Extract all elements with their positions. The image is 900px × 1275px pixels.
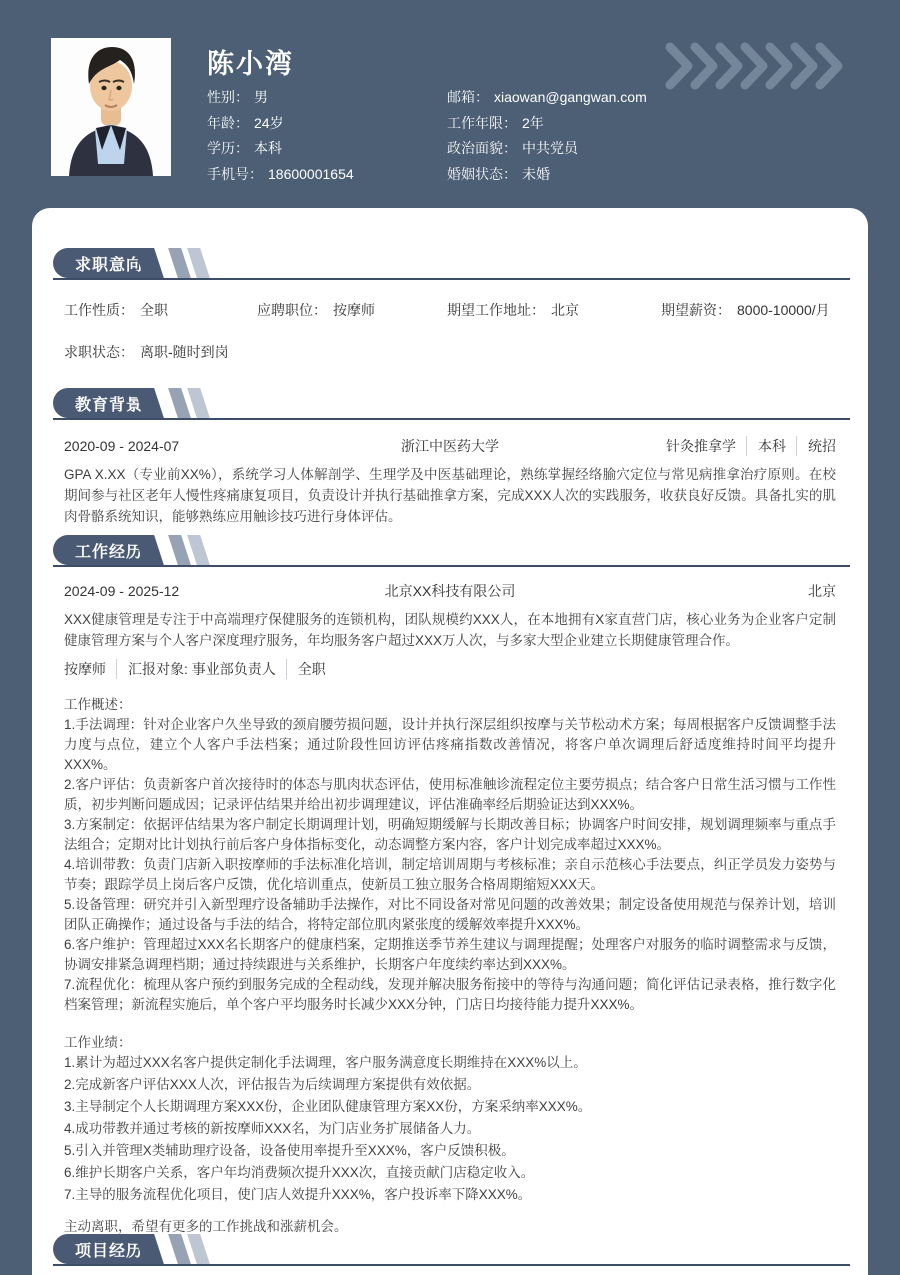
work-role-tag: 按摩师 <box>64 659 106 679</box>
work-role-tag: 全职 <box>286 659 326 679</box>
company-intro: XXX健康管理是专注于中高端理疗保健服务的连锁机构，团队规模约XXX人，在本地拥… <box>64 609 836 651</box>
section-title: 项目经历 <box>53 1234 147 1264</box>
work-period: 2024-09 - 2025-12 <box>64 583 294 599</box>
education-tags: 针灸推拿学本科统招 <box>606 436 836 456</box>
profile-field: 性别：男 <box>207 84 447 110</box>
profile-field: 政治面貌：中共党员 <box>447 135 767 161</box>
profile-field: 手机号：18600001654 <box>207 161 447 187</box>
section-title: 求职意向 <box>53 248 147 278</box>
work-achievement-item: 3.主导制定个人长期调理方案XXX份，企业团队健康管理方案XX份，方案采纳率XX… <box>64 1097 836 1117</box>
work-achievements-label: 工作业绩： <box>64 1033 836 1053</box>
job-intent-row1: 工作性质：全职应聘职位：按摩师期望工作地址：北京期望薪资：8000-10000/… <box>64 300 836 320</box>
education-tag: 本科 <box>746 436 786 456</box>
work-achievements: 1.累计为超过XXX名客户提供定制化手法调理，客户服务满意度长期维持在XXX%以… <box>64 1053 836 1205</box>
section-title: 教育背景 <box>53 388 147 418</box>
work-achievement-item: 5.引入并管理X类辅助理疗设备，设备使用率提升至XXX%，客户反馈积极。 <box>64 1141 836 1161</box>
work-achievement-item: 6.维护长期客户关系，客户年均消费频次提升XXX次，直接贡献门店稳定收入。 <box>64 1163 836 1183</box>
header-banner: 陈小湾 性别：男年龄：24岁学历：本科手机号：18600001654 邮箱：xi… <box>0 0 900 208</box>
job-intent-row2: 求职状态：离职-随时到岗 <box>64 342 836 362</box>
section-badge: 求职意向 <box>53 248 205 278</box>
work-achievement-item: 2.完成新客户评估XXX人次，评估报告为后续调理方案提供有效依据。 <box>64 1075 836 1095</box>
work-duty-item: 1.手法调理：针对企业客户久坐导致的颈肩腰劳损问题，设计并执行深层组织按摩与关节… <box>64 715 836 775</box>
intent-field: 应聘职位：按摩师 <box>257 300 447 320</box>
education-tag: 针灸推拿学 <box>666 436 736 456</box>
work-company: 北京XX科技有限公司 <box>294 581 606 601</box>
candidate-name: 陈小湾 <box>207 42 294 81</box>
work-duty-item: 7.流程优化：梳理从客户预约到服务完成的全程动线，发现并解决服务衔接中的等待与沟… <box>64 975 836 1015</box>
education-school: 浙江中医药大学 <box>294 436 606 456</box>
education-meta: 2020-09 - 2024-07 浙江中医药大学 针灸推拿学本科统招 <box>64 436 836 456</box>
education-period: 2020-09 - 2024-07 <box>64 438 294 454</box>
badge-stripe-icon <box>187 535 210 565</box>
work-role-row: 按摩师汇报对象: 事业部负责人全职 <box>64 659 836 679</box>
leave-note: 主动离职，希望有更多的工作挑战和涨薪机会。 <box>64 1217 836 1234</box>
work-duty-item: 5.设备管理：研究并引入新型理疗设备辅助手法操作，对比不同设备对常见问题的改善效… <box>64 895 836 935</box>
badge-stripe-icon <box>168 248 191 278</box>
intent-field: 工作性质：全职 <box>64 300 257 320</box>
section-header-education: 教育背景 <box>53 388 850 420</box>
work-role-tag: 汇报对象: 事业部负责人 <box>116 659 276 679</box>
badge-stripe-icon <box>187 1234 210 1264</box>
profile-field: 学历：本科 <box>207 135 447 161</box>
work-achievement-item: 1.累计为超过XXX名客户提供定制化手法调理，客户服务满意度长期维持在XXX%以… <box>64 1053 836 1073</box>
work-duties: 1.手法调理：针对企业客户久坐导致的颈肩腰劳损问题，设计并执行深层组织按摩与关节… <box>64 715 836 1015</box>
intent-field: 期望薪资：8000-10000/月 <box>661 300 836 320</box>
profile-info: 性别：男年龄：24岁学历：本科手机号：18600001654 邮箱：xiaowa… <box>207 84 767 187</box>
profile-photo <box>51 38 171 176</box>
intent-field: 求职状态：离职-随时到岗 <box>64 342 836 362</box>
section-badge: 教育背景 <box>53 388 205 418</box>
work-achievement-item: 4.成功带教并通过考核的新按摩师XXX名，为门店业务扩展储备人力。 <box>64 1119 836 1139</box>
intent-field: 期望工作地址：北京 <box>447 300 661 320</box>
education-description: GPA X.XX（专业前XX%），系统学习人体解剖学、生理学及中医基础理论，熟练… <box>64 464 836 527</box>
work-duty-item: 6.客户维护：管理超过XXX名长期客户的健康档案，定期推送季节养生建议与调理提醒… <box>64 935 836 975</box>
work-section-body: 2024-09 - 2025-12 北京XX科技有限公司 北京 XXX健康管理是… <box>64 567 836 1234</box>
badge-stripe-icon <box>187 388 210 418</box>
profile-field: 年龄：24岁 <box>207 110 447 136</box>
profile-field: 工作年限：2年 <box>447 110 767 136</box>
resume-card: 求职意向 工作性质：全职应聘职位：按摩师期望工作地址：北京期望薪资：8000-1… <box>32 208 868 1275</box>
education-tag: 统招 <box>796 436 836 456</box>
badge-stripe-icon <box>168 535 191 565</box>
work-duty-item: 3.方案制定：依据评估结果为客户制定长期调理计划，明确短期缓解与长期改善目标；协… <box>64 815 836 855</box>
section-header-job-intent: 求职意向 <box>53 248 850 280</box>
profile-field: 婚姻状态：未婚 <box>447 161 767 187</box>
section-header-project: 项目经历 <box>53 1234 850 1266</box>
work-location: 北京 <box>606 581 836 601</box>
resume-page: { "theme": { "page_bg": "#4d5f75", "badg… <box>0 0 900 1275</box>
chevrons-decoration-icon <box>664 42 848 90</box>
section-badge: 工作经历 <box>53 535 205 565</box>
work-achievement-item: 7.主导的服务流程优化项目，使门店人效提升XXX%，客户投诉率下降XXX%。 <box>64 1185 836 1205</box>
section-header-work: 工作经历 <box>53 535 850 567</box>
work-meta: 2024-09 - 2025-12 北京XX科技有限公司 北京 <box>64 581 836 601</box>
badge-stripe-icon <box>168 1234 191 1264</box>
work-overview-label: 工作概述： <box>64 695 836 715</box>
section-title: 工作经历 <box>53 535 147 565</box>
profile-info-right: 邮箱：xiaowan@gangwan.com工作年限：2年政治面貌：中共党员婚姻… <box>447 84 767 187</box>
badge-stripe-icon <box>168 388 191 418</box>
work-duty-item: 2.客户评估：负责新客户首次接待时的体态与肌肉状态评估，使用标准触诊流程定位主要… <box>64 775 836 815</box>
work-duty-item: 4.培训带教：负责门店新入职按摩师的手法标准化培训，制定培训周期与考核标准；亲自… <box>64 855 836 895</box>
badge-stripe-icon <box>187 248 210 278</box>
section-badge: 项目经历 <box>53 1234 205 1264</box>
profile-info-left: 性别：男年龄：24岁学历：本科手机号：18600001654 <box>207 84 447 187</box>
